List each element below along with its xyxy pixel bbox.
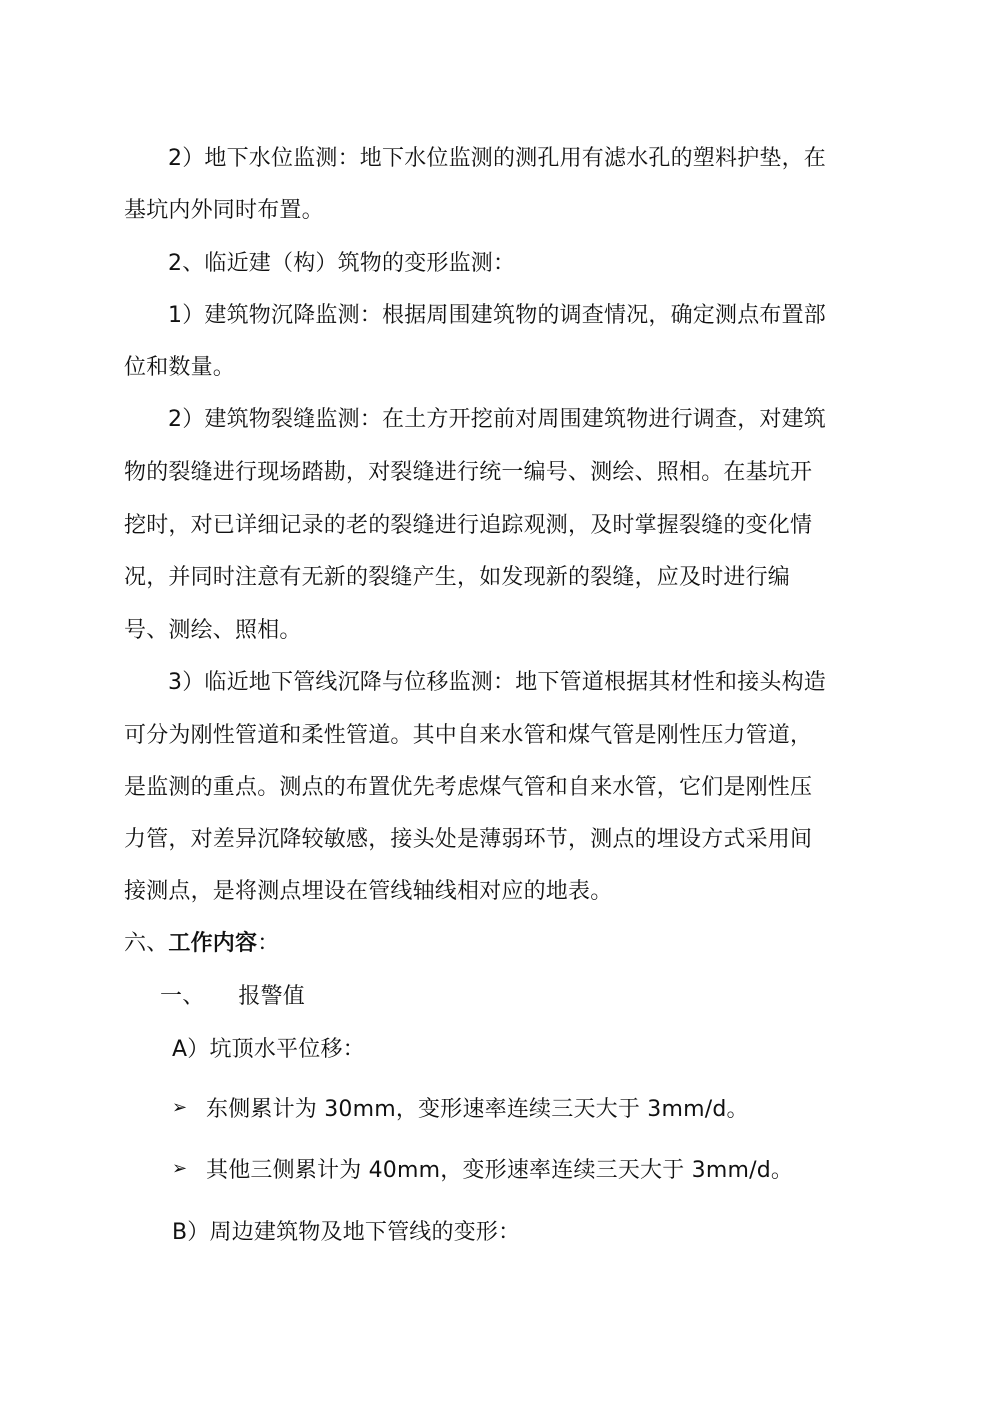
item-a-heading: A）坑顶水平位移： — [172, 1035, 365, 1065]
section-heading: 六、工作内容： — [124, 929, 279, 959]
paragraph-line: 2）建筑物裂缝监测：在土方开挖前对周围建筑物进行调查，对建筑 — [168, 405, 826, 435]
document-page: 2）地下水位监测：地下水位监测的测孔用有滤水孔的塑料护垫，在 基坑内外同时布置。… — [0, 0, 1000, 1415]
subheading-line: 2、临近建（构）筑物的变形监测： — [168, 249, 515, 279]
bullet-text: 东侧累计为 30mm，变形速率连续三天大于 3mm/d。 — [206, 1095, 749, 1125]
paragraph-line: 挖时，对已详细记录的老的裂缝进行追踪观测，及时掌握裂缝的变化情 — [124, 511, 812, 541]
section-title: 工作内容 — [168, 931, 257, 956]
paragraph-line: 接测点，是将测点埋设在管线轴线相对应的地表。 — [124, 877, 612, 907]
paragraph-line: 2）地下水位监测：地下水位监测的测孔用有滤水孔的塑料护垫，在 — [168, 144, 826, 174]
arrow-bullet-icon: ➢ — [172, 1158, 187, 1179]
section-colon: ： — [257, 931, 279, 956]
paragraph-line: 基坑内外同时布置。 — [124, 196, 324, 226]
paragraph-line: 位和数量。 — [124, 353, 235, 383]
paragraph-line: 力管，对差异沉降较敏感，接头处是薄弱环节，测点的埋设方式采用间 — [124, 825, 812, 855]
paragraph-line: 可分为刚性管道和柔性管道。其中自来水管和煤气管是刚性压力管道， — [124, 721, 812, 751]
paragraph-line: 是监测的重点。测点的布置优先考虑煤气管和自来水管，它们是刚性压 — [124, 773, 812, 803]
paragraph-line: 况，并同时注意有无新的裂缝产生，如发现新的裂缝，应及时进行编 — [124, 563, 790, 593]
subsection-title: 报警值 — [238, 984, 305, 1009]
section-number: 六、 — [124, 931, 168, 956]
paragraph-line: 物的裂缝进行现场踏勘，对裂缝进行统一编号、测绘、照相。在基坑开 — [124, 458, 812, 488]
subsection-heading: 一、报警值 — [160, 982, 305, 1012]
subsection-number: 一、 — [160, 984, 204, 1009]
paragraph-line: 3）临近地下管线沉降与位移监测：地下管道根据其材性和接头构造 — [168, 668, 826, 698]
paragraph-line: 号、测绘、照相。 — [124, 616, 302, 646]
paragraph-line: 1）建筑物沉降监测：根据周围建筑物的调查情况，确定测点布置部 — [168, 301, 826, 331]
arrow-bullet-icon: ➢ — [172, 1097, 187, 1118]
bullet-text: 其他三侧累计为 40mm，变形速率连续三天大于 3mm/d。 — [206, 1156, 793, 1186]
item-b-heading: B）周边建筑物及地下管线的变形： — [172, 1218, 520, 1248]
